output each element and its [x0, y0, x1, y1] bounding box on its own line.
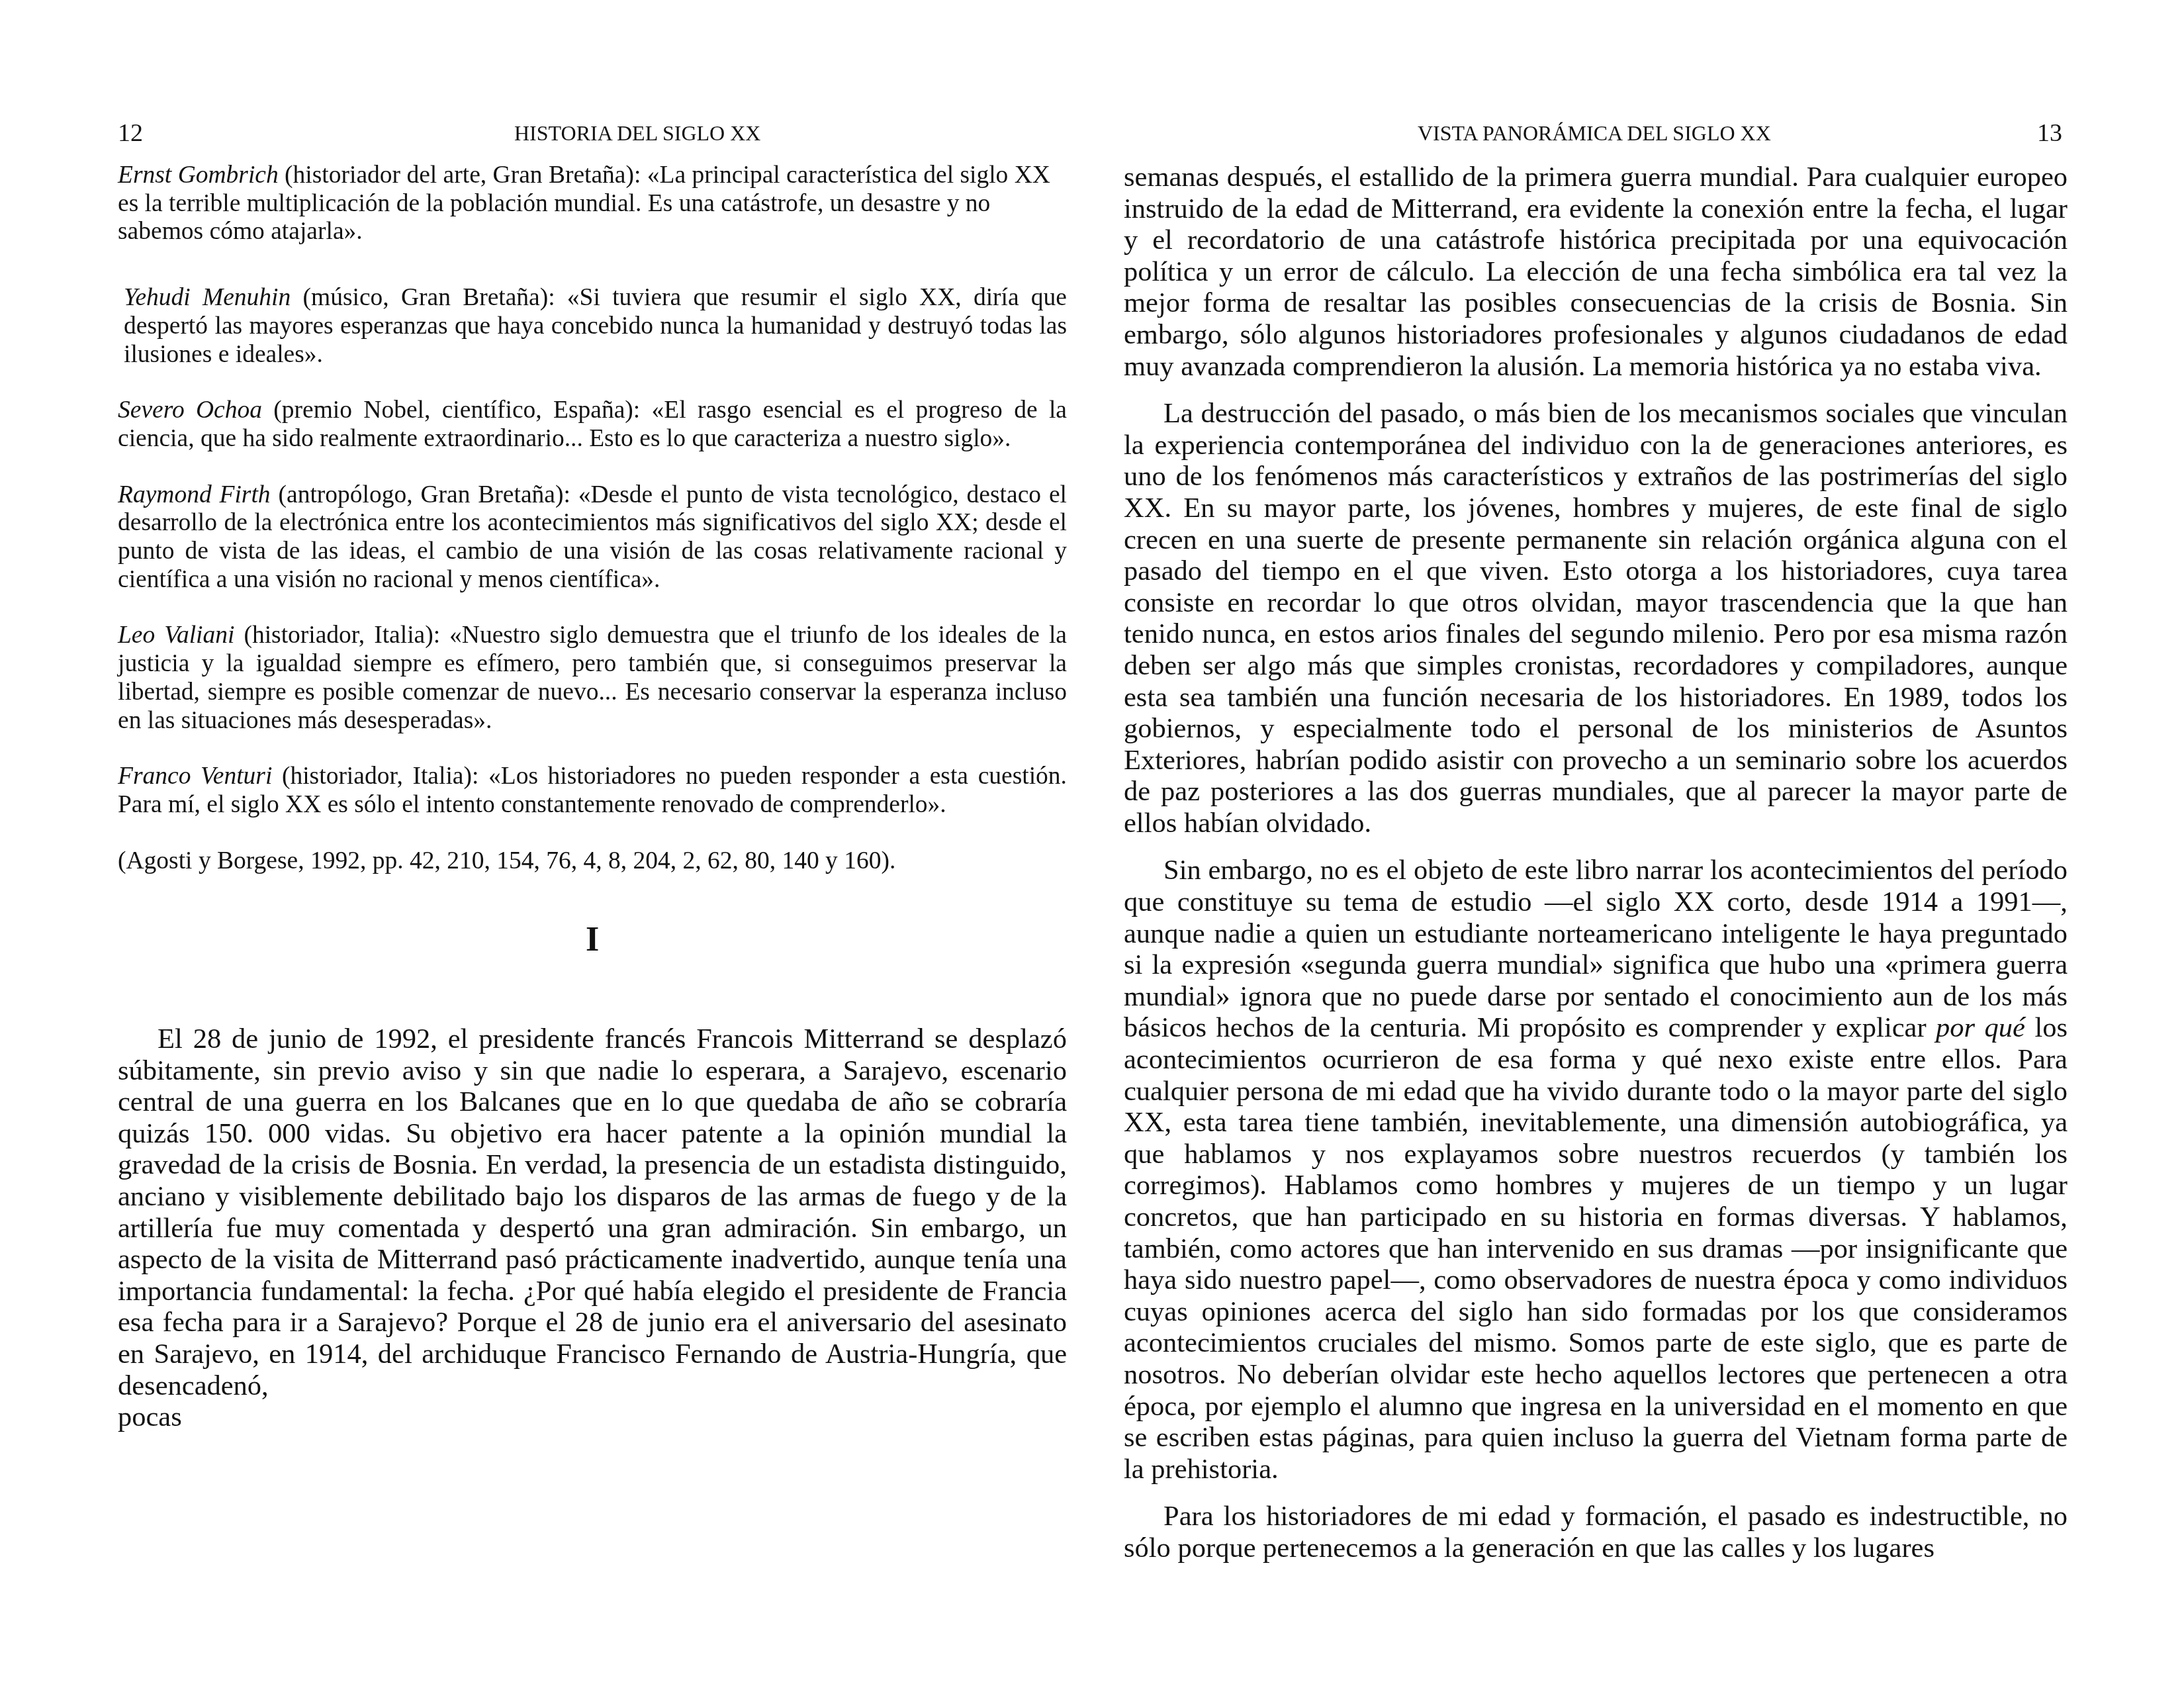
paragraph: Sin embargo, no es el objeto de este lib…	[1124, 855, 2068, 1485]
quote-author: Raymond Firth	[118, 481, 271, 508]
paragraph: Para los historiadores de mi edad y form…	[1124, 1501, 2068, 1564]
running-head: 12 HISTORIA DEL SIGLO XX	[118, 118, 1067, 148]
paragraph: semanas después, el estallido de la prim…	[1124, 162, 2068, 382]
running-head-title: HISTORIA DEL SIGLO XX	[514, 118, 760, 148]
epigraph-quotes: Ernst Gombrich (historiador del arte, Gr…	[118, 162, 1067, 875]
quote-author: Yehudi Menuhin	[124, 284, 291, 311]
quote-gombrich: Ernst Gombrich (historiador del arte, Gr…	[118, 162, 1058, 246]
page-number: 12	[118, 118, 143, 148]
running-head: VISTA PANORÁMICA DEL SIGLO XX 13	[1124, 118, 2068, 148]
emphasis: por qué	[1936, 1012, 2025, 1043]
paragraph: La destrucción del pasado, o más bien de…	[1124, 398, 2068, 839]
body-text: El 28 de junio de 1992, el presidente fr…	[118, 1023, 1067, 1449]
chapter-heading: I	[118, 921, 1067, 959]
body-text: semanas después, el estallido de la prim…	[1124, 162, 2068, 1580]
right-page: VISTA PANORÁMICA DEL SIGLO XX 13 semanas…	[1124, 0, 2068, 1688]
page-number: 13	[2037, 118, 2062, 148]
quote-menuhin: Yehudi Menuhin (músico, Gran Bretaña): «…	[118, 284, 1067, 369]
quote-author: Severo Ochoa	[118, 397, 262, 424]
paragraph-text: los acontecimientos ocurrieron de esa fo…	[1124, 1012, 2068, 1484]
quote-venturi: Franco Venturi (historiador, Italia): «L…	[118, 763, 1067, 819]
paragraph: El 28 de junio de 1992, el presidente fr…	[118, 1023, 1067, 1401]
quote-author: Franco Venturi	[118, 763, 272, 790]
left-page: 12 HISTORIA DEL SIGLO XX Ernst Gombrich …	[118, 0, 1067, 1688]
quote-text: (historiador, Italia): «Nuestro siglo de…	[118, 622, 1067, 733]
quote-author: Ernst Gombrich	[118, 162, 279, 189]
paragraph-continuation: pocas	[118, 1401, 1067, 1433]
quote-ochoa: Severo Ochoa (premio Nobel, científico, …	[118, 397, 1067, 453]
citation: (Agosti y Borgese, 1992, pp. 42, 210, 15…	[118, 847, 1067, 876]
quote-valiani: Leo Valiani (historiador, Italia): «Nues…	[118, 622, 1067, 735]
quote-firth: Raymond Firth (antropólogo, Gran Bretaña…	[118, 481, 1067, 594]
paragraph-text: Sin embargo, no es el objeto de este lib…	[1124, 855, 2068, 1043]
running-head-title: VISTA PANORÁMICA DEL SIGLO XX	[1418, 118, 1771, 148]
quote-author: Leo Valiani	[118, 622, 234, 649]
